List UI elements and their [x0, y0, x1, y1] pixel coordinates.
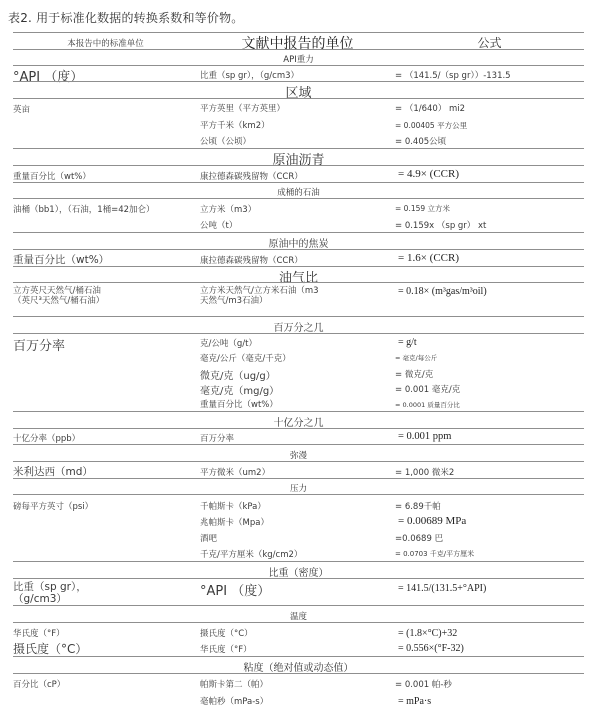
formula: = 0.00405 平方公里	[395, 120, 584, 131]
formula: = 0.0001 质量百分比	[395, 400, 584, 409]
formula: = 毫克/每公斤	[395, 353, 584, 362]
table-row-group: 油桶（bb1），（石油，1桶=42加仑） 立方米（m3） = 0.159 立方米…	[13, 198, 584, 232]
section-title: 成桶的石油	[13, 186, 584, 198]
standard-unit: 摄氏度（°C）	[13, 640, 198, 657]
reported-unit: 康拉德森碳残留物（CCR）	[200, 170, 395, 182]
section-header: 弥漫	[13, 444, 584, 461]
standard-unit: 比重（sp gr），（g/cm3）	[13, 581, 113, 605]
standard-unit: 重量百分比（wt%）	[13, 252, 198, 267]
formula: =0.0689 巴	[395, 532, 584, 544]
reported-unit: 平方微米（um2）	[200, 466, 395, 478]
formula: = 0.001 帕-秒	[395, 678, 584, 690]
reported-unit: 平方英里（平方英里）	[200, 102, 395, 114]
formula: = 0.00689 MPa	[395, 515, 587, 527]
formula: = 微克/克	[395, 368, 584, 380]
reported-unit: 百万分率	[200, 432, 395, 444]
reported-unit: 立方米天然气/立方米石油（m3天然气/m3石油）	[200, 286, 325, 306]
reported-unit: 公吨（t）	[200, 219, 395, 231]
standard-unit: 立方英尺天然气/桶石油（英尺³天然气/桶石油）	[13, 286, 113, 306]
section-header: 粘度（绝对值或动态值）	[13, 656, 584, 673]
formula: = g/t	[395, 337, 587, 348]
reported-unit: 毫克/克（mg/g）	[200, 382, 395, 397]
reported-unit: 摄氏度（°C）	[200, 627, 395, 639]
section-header: 比重（密度）	[13, 561, 584, 578]
reported-unit: 毫帕秒（mPa-s）	[200, 695, 395, 707]
reported-unit: 千克/平方厘米（kg/cm2）	[200, 548, 395, 560]
formula: = 0.18× (m³gas/m³oil)	[395, 286, 587, 297]
section-title: 粘度（绝对值或动态值）	[13, 659, 584, 674]
table-row-group: 百分比（cP） 帕斯卡第二（帕） = 0.001 帕-秒 毫帕秒（mPa-s） …	[13, 673, 584, 714]
section-header: 十亿分之几	[13, 411, 584, 428]
table-row: 重量百分比（wt%） 康拉德森碳残留物（CCR） = 4.9× (CCR)	[13, 165, 584, 182]
reported-unit: 立方米（m3）	[200, 203, 395, 215]
reported-unit: 平方千米（km2）	[200, 119, 395, 131]
table-row-group: 华氏度（°F） 摄氏度（°C） = (1.8×°C)+32 摄氏度（°C） 华氏…	[13, 622, 584, 656]
section-title: 原油中的焦炭	[13, 235, 584, 250]
formula: = 1.6× (CCR)	[395, 252, 587, 264]
header-standard-unit: 本报告中的标准单位	[13, 37, 198, 49]
table-row: 比重（sp gr），（g/cm3） °API （度） = 141.5/(131.…	[13, 578, 584, 605]
reported-unit: 比重（sp gr），（g/cm3）	[200, 69, 395, 81]
table-row: 重量百分比（wt%） 康拉德森碳残留物（CCR） = 1.6× (CCR)	[13, 249, 584, 266]
formula: = 141.5/(131.5+°API)	[395, 583, 587, 594]
reported-unit: 帕斯卡第二（帕）	[200, 678, 395, 690]
formula: = 1,000 微米2	[395, 466, 584, 478]
reported-unit: 克/公吨（g/t）	[200, 337, 395, 349]
formula: = mPa·s	[395, 696, 587, 707]
section-header: 油气比	[13, 266, 584, 282]
formula: = 0.556×(°F-32)	[395, 643, 587, 654]
section-header: 原油中的焦炭	[13, 232, 584, 249]
standard-unit: 华氏度（°F）	[13, 627, 198, 639]
formula: = 0.405公顷	[395, 135, 584, 147]
standard-unit: 重量百分比（wt%）	[13, 170, 198, 182]
table-row-group: 磅每平方英寸（psi） 千帕斯卡（kPa） = 6.89千帕 兆帕斯卡（Mpa）…	[13, 494, 584, 561]
table-row-group: 百万分率 克/公吨（g/t） = g/t 毫克/公斤（毫克/千克） = 毫克/每…	[13, 333, 584, 411]
section-title: 比重（密度）	[13, 564, 584, 579]
reported-unit: 华氏度（°F）	[200, 643, 395, 655]
formula: = 4.9× (CCR)	[395, 168, 587, 180]
formula: = 0.001 ppm	[395, 431, 587, 442]
formula: = 0.001 毫克/克	[395, 383, 584, 395]
standard-unit: 米利达西（md）	[13, 464, 198, 479]
reported-unit: 兆帕斯卡（Mpa）	[200, 516, 395, 528]
table-row-group: 英亩 平方英里（平方英里） = （1/640） mi2 平方千米（km2） = …	[13, 98, 584, 148]
reported-unit: 公顷（公顷）	[200, 135, 395, 147]
table-row: 米利达西（md） 平方微米（um2） = 1,000 微米2	[13, 461, 584, 478]
table-row: °API （度） 比重（sp gr），（g/cm3） = （141.5/（sp …	[13, 65, 584, 81]
section-header: API重力	[13, 49, 584, 65]
section-title: 十亿分之几	[13, 414, 584, 429]
reported-unit: 康拉德森碳残留物（CCR）	[200, 254, 395, 266]
reported-unit: 毫克/公斤（毫克/千克）	[200, 352, 395, 364]
section-header: 成桶的石油	[13, 182, 584, 198]
reported-unit: 重量百分比（wt%）	[200, 398, 395, 410]
section-header: 原油沥青	[13, 148, 584, 165]
section-title: 温度	[13, 610, 584, 622]
section-title: 压力	[13, 482, 584, 494]
standard-unit: 英亩	[13, 103, 198, 115]
table-row: 立方英尺天然气/桶石油（英尺³天然气/桶石油） 立方米天然气/立方米石油（m3天…	[13, 282, 584, 316]
formula: = 6.89千帕	[395, 500, 584, 512]
standard-unit: 百万分率	[13, 335, 198, 354]
section-header: 百万分之几	[13, 316, 584, 333]
section-title: API重力	[13, 53, 584, 65]
table-header: 本报告中的标准单位 文献中报告的单位 公式	[13, 32, 584, 49]
section-header: 区域	[13, 81, 584, 98]
reported-unit: 千帕斯卡（kPa）	[200, 500, 395, 512]
reported-unit: 微克/克（ug/g）	[200, 367, 395, 382]
formula: = 0.0703 千克/平方厘米	[395, 549, 584, 559]
standard-unit: 十亿分率（ppb）	[13, 432, 198, 444]
table-row: 十亿分率（ppb） 百万分率 = 0.001 ppm	[13, 428, 584, 444]
section-header: 温度	[13, 605, 584, 622]
table-caption: 表2. 用于标准化数据的转换系数和等价物。	[8, 9, 243, 26]
section-title: 百万分之几	[13, 319, 584, 334]
formula: = (1.8×°C)+32	[395, 628, 587, 639]
section-title: 弥漫	[13, 449, 584, 461]
formula: = 0.159x （sp gr） xt	[395, 219, 584, 231]
formula: = （1/640） mi2	[395, 102, 584, 114]
section-header: 压力	[13, 478, 584, 494]
standard-unit: 磅每平方英寸（psi）	[13, 500, 198, 512]
conversion-table: 本报告中的标准单位 文献中报告的单位 公式 API重力 °API （度） 比重（…	[13, 32, 584, 714]
reported-unit: 酒吧	[200, 532, 395, 544]
reported-unit: °API （度）	[200, 580, 395, 599]
standard-unit: 油桶（bb1），（石油，1桶=42加仑）	[13, 203, 198, 215]
standard-unit: 百分比（cP）	[13, 678, 198, 690]
formula: = （141.5/（sp gr））-131.5	[395, 69, 584, 81]
formula: = 0.159 立方米	[395, 203, 584, 214]
